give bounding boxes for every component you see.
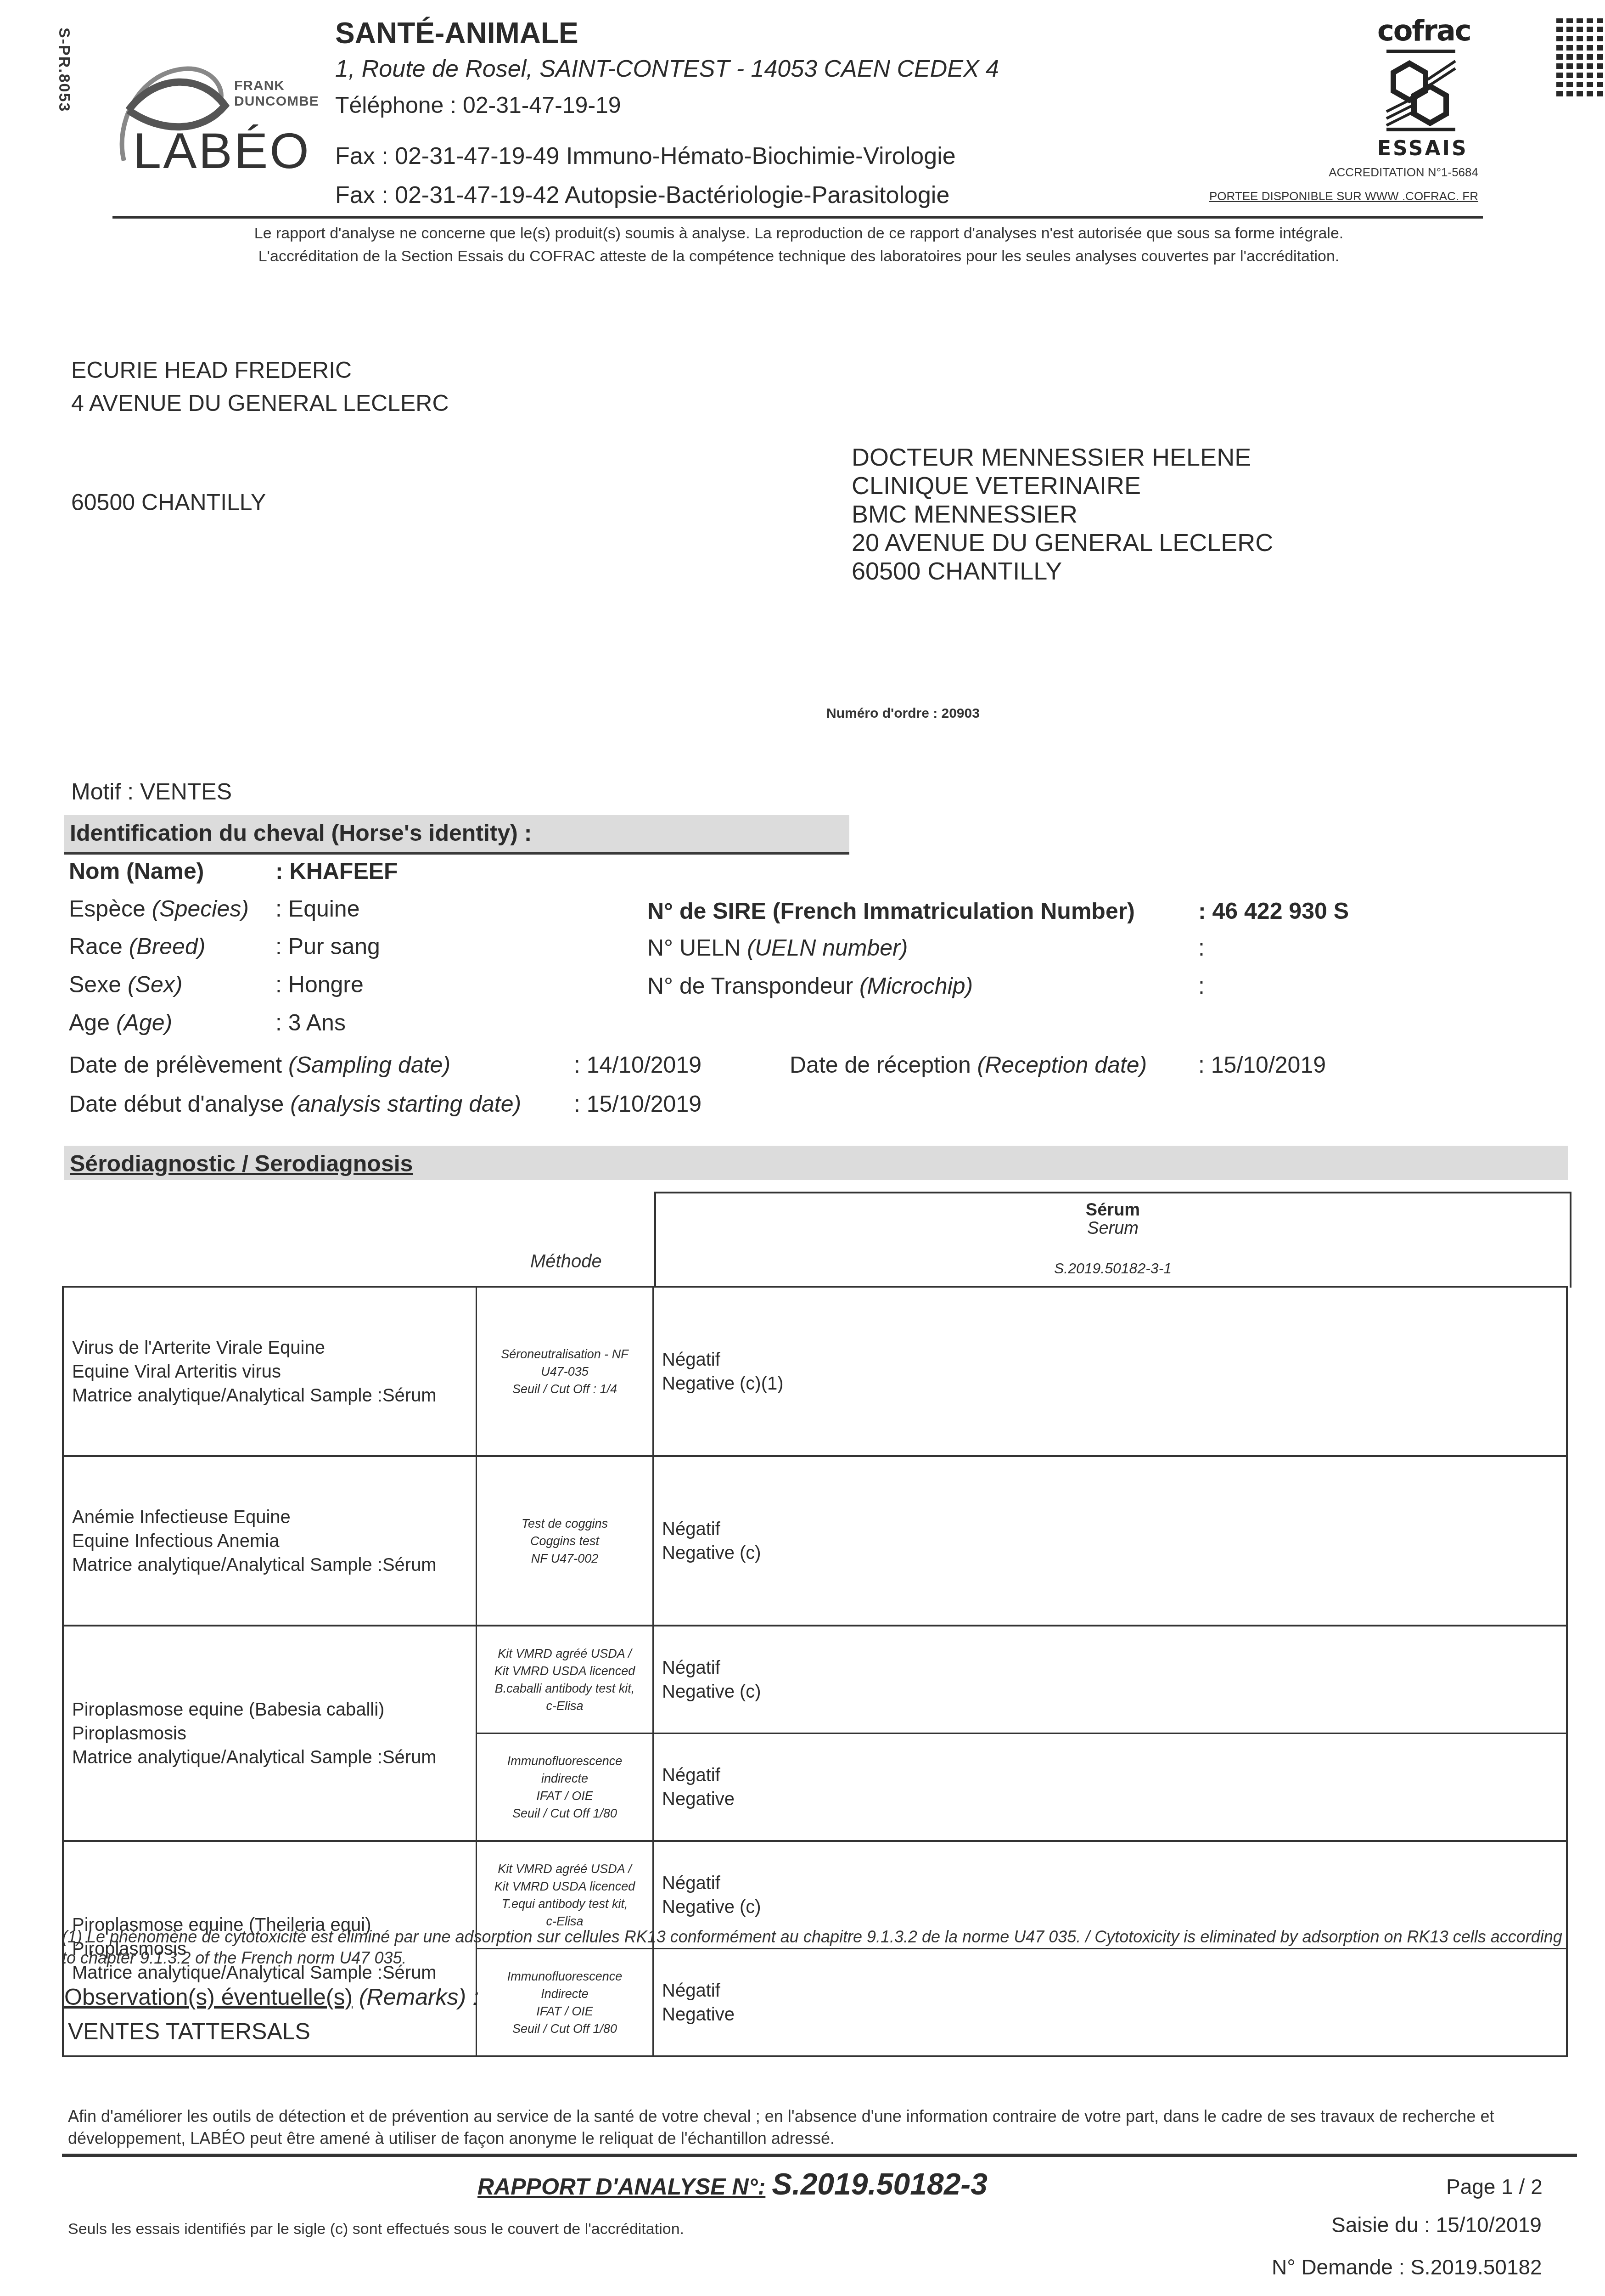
- method-cell: Kit VMRD agréé USDA /Kit VMRD USDA licen…: [477, 1626, 654, 1733]
- request-number: N° Demande : S.2019.50182: [1272, 2255, 1542, 2279]
- method-row: ImmunofluorescenceindirecteIFAT / OIESeu…: [477, 1734, 1566, 1840]
- result-cell: NégatifNegative (c): [654, 1457, 1566, 1625]
- lab-title: SANTÉ-ANIMALE: [335, 16, 578, 50]
- sample-id: S.2019.50182-3-1: [656, 1260, 1570, 1277]
- method-row: Test de cogginsCoggins testNF U47-002Nég…: [477, 1457, 1566, 1625]
- result-cell: NégatifNegative (c)(1): [654, 1288, 1566, 1455]
- table-row: Virus de l'Arterite Virale EquineEquine …: [64, 1288, 1566, 1457]
- sample-column-header: Sérum Serum S.2019.50182-3-1: [654, 1192, 1571, 1288]
- remarks-value: VENTES TATTERSALS: [68, 2018, 310, 2045]
- footer-divider: [62, 2154, 1577, 2157]
- serodiagnosis-section-header: Sérodiagnostic / Serodiagnosis: [64, 1146, 1568, 1180]
- labeo-logo: FRANK DUNCOMBE LABÉO: [110, 18, 326, 165]
- method-row: Séroneutralisation - NFU47-035Seuil / Cu…: [477, 1288, 1566, 1455]
- lab-fax-autopsie: Fax : 02-31-47-19-42 Autopsie-Bactériolo…: [335, 181, 949, 209]
- test-name-cell: Anémie Infectieuse EquineEquine Infectio…: [64, 1457, 477, 1625]
- cofrac-scope-link[interactable]: PORTEE DISPONIBLE SUR WWW .COFRAC. FR: [1152, 189, 1478, 203]
- recipient-address: DOCTEUR MENNESSIER HELENE CLINIQUE VETER…: [852, 443, 1273, 585]
- lab-address: 1, Route de Rosel, SAINT-CONTEST - 14053…: [335, 55, 999, 83]
- owner-address: ECURIE HEAD FREDERIC 4 AVENUE DU GENERAL…: [71, 354, 449, 420]
- document-code: S-PR.8053: [55, 28, 73, 112]
- table-row: Anémie Infectieuse EquineEquine Infectio…: [64, 1457, 1566, 1626]
- remarks-label: Observation(s) éventuelle(s) (Remarks) :: [64, 1984, 479, 2010]
- entry-date: Saisie du : 15/10/2019: [1331, 2212, 1542, 2237]
- method-cell: ImmunofluorescenceindirecteIFAT / OIESeu…: [477, 1734, 654, 1840]
- research-note: Afin d'améliorer les outils de détection…: [68, 2105, 1578, 2150]
- method-row: Kit VMRD agréé USDA /Kit VMRD USDA licen…: [477, 1626, 1566, 1734]
- test-name-cell: Piroplasmose equine (Babesia caballi)Pir…: [64, 1626, 477, 1840]
- logo-subtitle: FRANK DUNCOMBE: [234, 78, 319, 109]
- report-number: RAPPORT D'ANALYSE N°:S.2019.50182-3: [477, 2167, 988, 2201]
- cofrac-logo: cofrac ESSAIS: [1377, 14, 1465, 160]
- logo-brand: LABÉO: [133, 122, 311, 180]
- table-row: Piroplasmose equine (Babesia caballi)Pir…: [64, 1626, 1566, 1842]
- order-number: Numéro d'ordre : 20903: [826, 706, 980, 721]
- result-cell: NégatifNegative: [654, 1734, 1566, 1840]
- test-name-cell: Virus de l'Arterite Virale EquineEquine …: [64, 1288, 477, 1455]
- accreditation-note: Seuls les essais identifiés par le sigle…: [68, 2220, 684, 2238]
- motif: Motif : VENTES: [71, 778, 232, 805]
- identity-section-header: Identification du cheval (Horse's identi…: [64, 815, 849, 855]
- method-cell: Test de cogginsCoggins testNF U47-002: [477, 1457, 654, 1625]
- lab-telephone: Téléphone : 02-31-47-19-19: [335, 92, 621, 118]
- datamatrix-code: [1556, 18, 1605, 96]
- cytotoxicity-footnote: (1) Le phénomène de cytotoxicité est éli…: [62, 1926, 1577, 1969]
- page-indicator: Page 1 / 2: [1446, 2174, 1543, 2199]
- report-disclaimer: Le rapport d'analyse ne concerne que le(…: [115, 222, 1483, 268]
- owner-city: 60500 CHANTILLY: [71, 489, 266, 516]
- header-divider: [112, 216, 1483, 219]
- result-cell: NégatifNegative (c): [654, 1626, 1566, 1733]
- accreditation-number: ACCREDITATION N°1-5684: [1295, 165, 1478, 180]
- cofrac-emblem-icon: [1377, 47, 1465, 135]
- method-cell: Séroneutralisation - NFU47-035Seuil / Cu…: [477, 1288, 654, 1455]
- method-column-header: Méthode: [530, 1251, 602, 1272]
- lab-fax-immuno: Fax : 02-31-47-19-49 Immuno-Hémato-Bioch…: [335, 142, 956, 170]
